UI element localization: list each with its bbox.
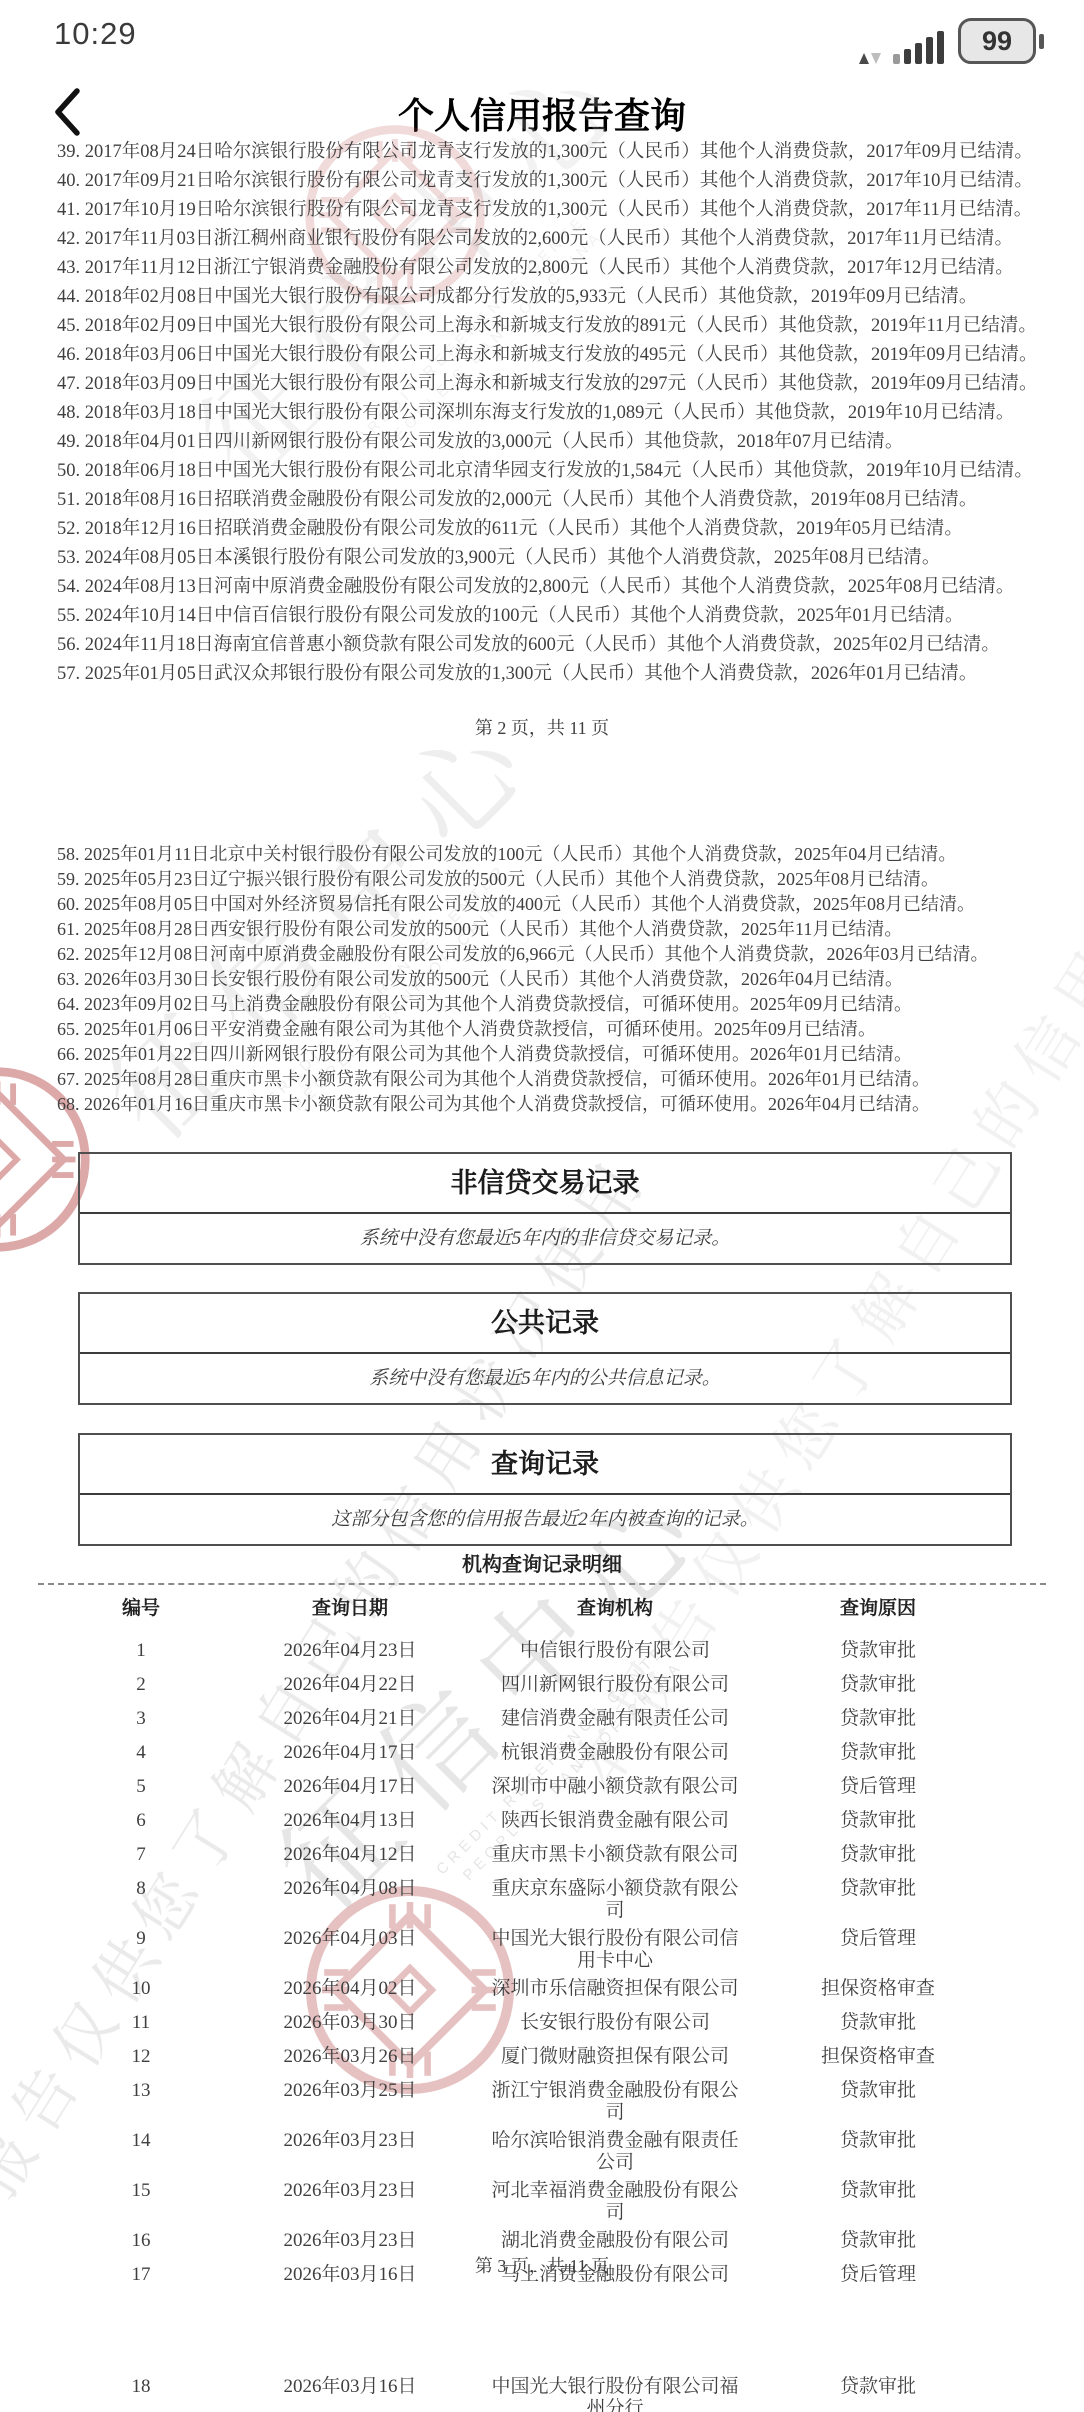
query-institution: 深圳市中融小额贷款有限公司 — [488, 1770, 742, 1798]
query-institution: 深圳市乐信融资担保有限公司 — [488, 1972, 742, 2000]
loan-record-line: 66. 2025年01月22日四川新网银行股份有限公司为其他个人消费贷款授信，可… — [57, 1042, 1035, 1067]
query-table-page4-first-row: 182026年03月16日中国光大银行股份有限公司福州分行贷款审批 — [70, 2370, 1014, 2412]
loan-record-line: 59. 2025年05月23日辽宁振兴银行股份有限公司发放的500元（人民币）其… — [57, 867, 1035, 892]
loan-record-line: 63. 2026年03月30日长安银行股份有限公司发放的500元（人民币）其他个… — [57, 967, 1035, 992]
loan-record-line: 46. 2018年03月06日中国光大银行股份有限公司上海永和新城支行发放的49… — [57, 341, 1035, 370]
row-number: 7 — [70, 1838, 212, 1866]
query-institution: 浙江宁银消费金融股份有限公司 — [488, 2074, 742, 2124]
query-institution: 重庆市黑卡小额贷款有限公司 — [488, 1838, 742, 1866]
query-reason: 担保资格审查 — [742, 2040, 1014, 2068]
loan-records-page3: 58. 2025年01月11日北京中关村银行股份有限公司发放的100元（人民币）… — [57, 842, 1035, 1117]
loan-record-line: 44. 2018年02月08日中国光大银行股份有限公司成都分行发放的5,933元… — [57, 283, 1035, 312]
loan-record-line: 45. 2018年02月09日中国光大银行股份有限公司上海永和新城支行发放的89… — [57, 312, 1035, 341]
loan-record-line: 51. 2018年08月16日招联消费金融股份有限公司发放的2,000元（人民币… — [57, 486, 1035, 515]
query-date: 2026年03月30日 — [212, 2006, 488, 2034]
page2-footer: 第 2 页，共 11 页 — [0, 714, 1084, 740]
loan-record-line: 49. 2018年04月01日四川新网银行股份有限公司发放的3,000元（人民币… — [57, 428, 1035, 457]
query-reason: 贷款审批 — [742, 1668, 1014, 1696]
query-reason: 贷款审批 — [742, 2074, 1014, 2102]
table-row: 112026年03月30日长安银行股份有限公司贷款审批 — [70, 2006, 1014, 2040]
loan-record-line: 54. 2024年08月13日河南中原消费金融股份有限公司发放的2,800元（人… — [57, 573, 1035, 602]
loan-record-line: 65. 2025年01月06日平安消费金融有限公司为其他个人消费贷款授信，可循环… — [57, 1017, 1035, 1042]
table-row: 92026年04月03日中国光大银行股份有限公司信用卡中心贷后管理 — [70, 1922, 1014, 1972]
loan-record-line: 50. 2018年06月18日中国光大银行股份有限公司北京清华园支行发放的1,5… — [57, 457, 1035, 486]
query-reason: 贷款审批 — [742, 1804, 1014, 1832]
row-number: 3 — [70, 1702, 212, 1730]
query-institution: 四川新网银行股份有限公司 — [488, 1668, 742, 1696]
query-date: 2026年03月26日 — [212, 2040, 488, 2068]
column-header: 查询原因 — [742, 1592, 1014, 1626]
query-reason: 贷款审批 — [742, 1736, 1014, 1764]
table-row: 142026年03月23日哈尔滨哈银消费金融有限责任公司贷款审批 — [70, 2124, 1014, 2174]
loan-record-line: 55. 2024年10月14日中信百信银行股份有限公司发放的100元（人民币）其… — [57, 602, 1035, 631]
table-row: 122026年03月26日厦门微财融资担保有限公司担保资格审查 — [70, 2040, 1014, 2074]
section-public-records: 公共记录 系统中没有您最近5年内的公共信息记录。 — [78, 1292, 1012, 1405]
query-reason: 贷后管理 — [742, 1922, 1014, 1950]
query-date: 2026年04月21日 — [212, 1702, 488, 1730]
column-header: 编号 — [70, 1592, 212, 1626]
row-number: 16 — [70, 2224, 212, 2252]
loan-record-line: 41. 2017年10月19日哈尔滨银行股份有限公司龙青支行发放的1,300元（… — [57, 196, 1035, 225]
column-header: 查询机构 — [488, 1592, 742, 1626]
query-table-body: 12026年04月23日中信银行股份有限公司贷款审批22026年04月22日四川… — [70, 1634, 1014, 2292]
query-reason: 贷款审批 — [742, 2006, 1014, 2034]
section-body: 这部分包含您的信用报告最近2年内被查询的记录。 — [80, 1495, 1010, 1544]
query-institution: 中国光大银行股份有限公司信用卡中心 — [488, 1922, 742, 1972]
row-number: 9 — [70, 1922, 212, 1950]
loan-record-line: 43. 2017年11月12日浙江宁银消费金融股份有限公司发放的2,800元（人… — [57, 254, 1035, 283]
loan-record-line: 52. 2018年12月16日招联消费金融股份有限公司发放的611元（人民币）其… — [57, 515, 1035, 544]
query-date: 2026年04月22日 — [212, 1668, 488, 1696]
row-number: 8 — [70, 1872, 212, 1900]
query-institution: 中信银行股份有限公司 — [488, 1634, 742, 1662]
table-row: 132026年03月25日浙江宁银消费金融股份有限公司贷款审批 — [70, 2074, 1014, 2124]
table-row: 62026年04月13日陕西长银消费金融有限公司贷款审批 — [70, 1804, 1014, 1838]
query-table-subtitle: 机构查询记录明细 — [0, 1548, 1084, 1577]
row-number: 18 — [70, 2370, 212, 2398]
query-institution: 厦门微财融资担保有限公司 — [488, 2040, 742, 2068]
query-date: 2026年03月23日 — [212, 2174, 488, 2202]
query-reason: 贷款审批 — [742, 2174, 1014, 2202]
query-date: 2026年03月16日 — [212, 2370, 488, 2398]
loan-record-line: 47. 2018年03月09日中国光大银行股份有限公司上海永和新城支行发放的29… — [57, 370, 1035, 399]
query-date: 2026年03月25日 — [212, 2074, 488, 2102]
query-date: 2026年04月13日 — [212, 1804, 488, 1832]
table-row: 52026年04月17日深圳市中融小额贷款有限公司贷后管理 — [70, 1770, 1014, 1804]
loan-record-line: 68. 2026年01月16日重庆市黑卡小额贷款有限公司为其他个人消费贷款授信，… — [57, 1092, 1035, 1117]
section-title: 查询记录 — [80, 1435, 1010, 1495]
query-table-header: 编号查询日期查询机构查询原因 — [70, 1592, 1014, 1626]
column-header: 查询日期 — [212, 1592, 488, 1626]
row-number: 4 — [70, 1736, 212, 1764]
loan-record-line: 61. 2025年08月28日西安银行股份有限公司发放的500元（人民币）其他个… — [57, 917, 1035, 942]
data-arrows-icon — [859, 34, 881, 64]
section-body: 系统中没有您最近5年内的公共信息记录。 — [80, 1354, 1010, 1403]
loan-record-line: 67. 2025年08月28日重庆市黑卡小额贷款有限公司为其他个人消费贷款授信，… — [57, 1067, 1035, 1092]
status-time: 10:29 — [54, 16, 137, 52]
query-institution: 陕西长银消费金融有限公司 — [488, 1804, 742, 1832]
table-row: 22026年04月22日四川新网银行股份有限公司贷款审批 — [70, 1668, 1014, 1702]
loan-record-line: 39. 2017年08月24日哈尔滨银行股份有限公司龙青支行发放的1,300元（… — [57, 138, 1035, 167]
query-reason: 贷款审批 — [742, 1634, 1014, 1662]
loan-record-line: 42. 2017年11月03日浙江稠州商业银行股份有限公司发放的2,600元（人… — [57, 225, 1035, 254]
section-non-credit-records: 非信贷交易记录 系统中没有您最近5年内的非信贷交易记录。 — [78, 1152, 1012, 1265]
table-row: 42026年04月17日杭银消费金融股份有限公司贷款审批 — [70, 1736, 1014, 1770]
loan-records-page2: 39. 2017年08月24日哈尔滨银行股份有限公司龙青支行发放的1,300元（… — [57, 138, 1035, 689]
loan-record-line: 40. 2017年09月21日哈尔滨银行股份有限公司龙青支行发放的1,300元（… — [57, 167, 1035, 196]
query-date: 2026年03月23日 — [212, 2124, 488, 2152]
table-row: 152026年03月23日河北幸福消费金融股份有限公司贷款审批 — [70, 2174, 1014, 2224]
row-number: 2 — [70, 1668, 212, 1696]
query-reason: 贷款审批 — [742, 1702, 1014, 1730]
query-institution: 杭银消费金融股份有限公司 — [488, 1736, 742, 1764]
signal-bars-icon — [889, 31, 944, 64]
row-number: 1 — [70, 1634, 212, 1662]
query-institution: 湖北消费金融股份有限公司 — [488, 2224, 742, 2252]
query-date: 2026年04月12日 — [212, 1838, 488, 1866]
section-query-records: 查询记录 这部分包含您的信用报告最近2年内被查询的记录。 — [78, 1433, 1012, 1546]
row-number: 11 — [70, 2006, 212, 2034]
query-date: 2026年04月08日 — [212, 1872, 488, 1900]
query-reason: 担保资格审查 — [742, 1972, 1014, 2000]
query-date: 2026年03月23日 — [212, 2224, 488, 2252]
query-institution: 哈尔滨哈银消费金融有限责任公司 — [488, 2124, 742, 2174]
table-row: 12026年04月23日中信银行股份有限公司贷款审批 — [70, 1634, 1014, 1668]
table-row: 32026年04月21日建信消费金融有限责任公司贷款审批 — [70, 1702, 1014, 1736]
row-number: 5 — [70, 1770, 212, 1798]
query-date: 2026年04月03日 — [212, 1922, 488, 1950]
page-title: 个人信用报告查询 — [0, 88, 1084, 139]
loan-record-line: 62. 2025年12月08日河南中原消费金融股份有限公司发放的6,966元（人… — [57, 942, 1035, 967]
loan-record-line: 53. 2024年08月05日本溪银行股份有限公司发放的3,900元（人民币）其… — [57, 544, 1035, 573]
query-reason: 贷款审批 — [742, 2124, 1014, 2152]
query-date: 2026年04月17日 — [212, 1770, 488, 1798]
query-reason: 贷款审批 — [742, 2370, 1014, 2398]
battery-level: 99 — [982, 26, 1012, 57]
battery-icon: 99 — [958, 18, 1044, 64]
table-row: 72026年04月12日重庆市黑卡小额贷款有限公司贷款审批 — [70, 1838, 1014, 1872]
query-date: 2026年04月02日 — [212, 1972, 488, 2000]
loan-record-line: 60. 2025年08月05日中国对外经济贸易信托有限公司发放的400元（人民币… — [57, 892, 1035, 917]
row-number: 13 — [70, 2074, 212, 2102]
query-institution: 河北幸福消费金融股份有限公司 — [488, 2174, 742, 2224]
row-number: 6 — [70, 1804, 212, 1832]
section-body: 系统中没有您最近5年内的非信贷交易记录。 — [80, 1214, 1010, 1263]
query-institution: 重庆京东盛际小额贷款有限公司 — [488, 1872, 742, 1922]
query-date: 2026年04月23日 — [212, 1634, 488, 1662]
query-institution: 建信消费金融有限责任公司 — [488, 1702, 742, 1730]
status-icons: 99 — [859, 20, 1044, 64]
row-number: 14 — [70, 2124, 212, 2152]
row-number: 15 — [70, 2174, 212, 2202]
loan-record-line: 58. 2025年01月11日北京中关村银行股份有限公司发放的100元（人民币）… — [57, 842, 1035, 867]
section-title: 非信贷交易记录 — [80, 1154, 1010, 1214]
page3-footer: 第 3 页，共 11 页 — [0, 2252, 1084, 2278]
row-number: 10 — [70, 1972, 212, 2000]
table-divider — [38, 1583, 1046, 1585]
query-institution: 长安银行股份有限公司 — [488, 2006, 742, 2034]
section-title: 公共记录 — [80, 1294, 1010, 1354]
loan-record-line: 48. 2018年03月18日中国光大银行股份有限公司深圳东海支行发放的1,08… — [57, 399, 1035, 428]
query-reason: 贷款审批 — [742, 2224, 1014, 2252]
query-institution: 中国光大银行股份有限公司福州分行 — [488, 2370, 742, 2412]
table-row: 102026年04月02日深圳市乐信融资担保有限公司担保资格审查 — [70, 1972, 1014, 2006]
query-reason: 贷款审批 — [742, 1872, 1014, 1900]
query-reason: 贷款审批 — [742, 1838, 1014, 1866]
table-row: 82026年04月08日重庆京东盛际小额贷款有限公司贷款审批 — [70, 1872, 1014, 1922]
query-reason: 贷后管理 — [742, 1770, 1014, 1798]
query-date: 2026年04月17日 — [212, 1736, 488, 1764]
table-row: 182026年03月16日中国光大银行股份有限公司福州分行贷款审批 — [70, 2370, 1014, 2412]
loan-record-line: 56. 2024年11月18日海南宜信普惠小额贷款有限公司发放的600元（人民币… — [57, 631, 1035, 660]
loan-record-line: 57. 2025年01月05日武汉众邦银行股份有限公司发放的1,300元（人民币… — [57, 660, 1035, 689]
row-number: 12 — [70, 2040, 212, 2068]
loan-record-line: 64. 2023年09月02日马上消费金融股份有限公司为其他个人消费贷款授信，可… — [57, 992, 1035, 1017]
